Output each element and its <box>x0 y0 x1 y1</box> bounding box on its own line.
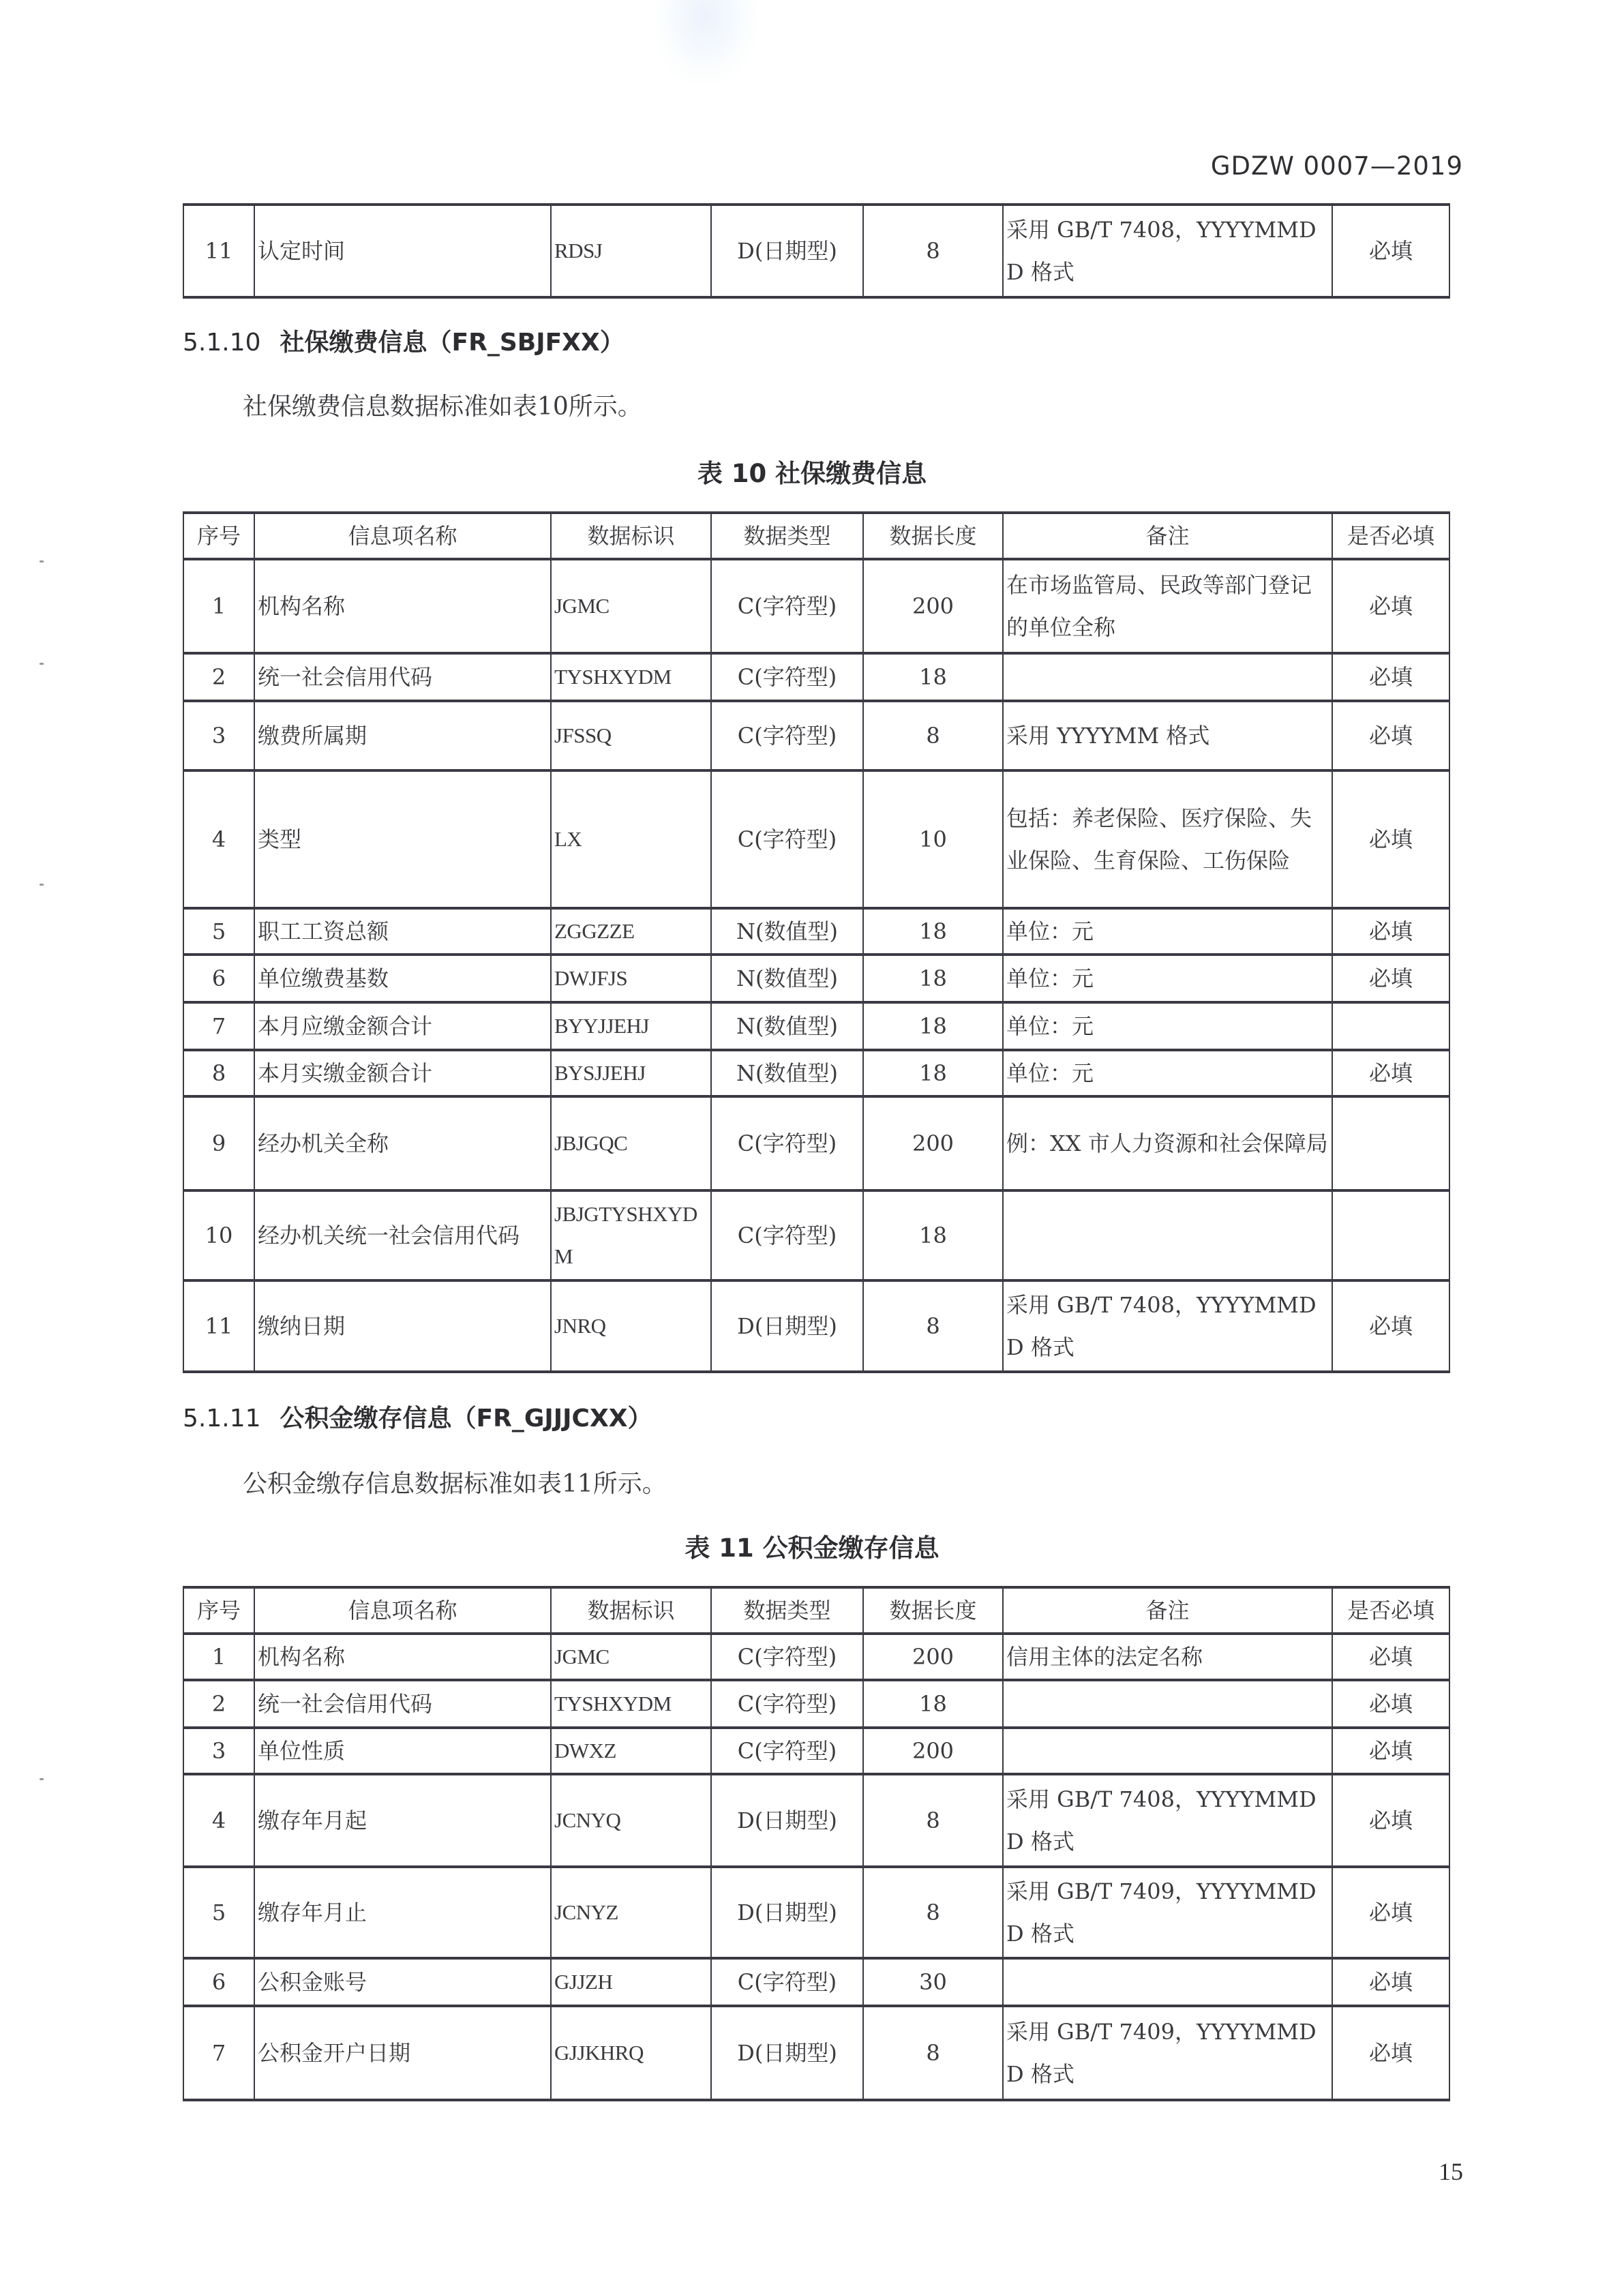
cell-no: 2 <box>183 653 254 701</box>
cell-name: 单位性质 <box>254 1728 551 1774</box>
column-header: 是否必填 <box>1332 1587 1449 1634</box>
cell-type: N(数值型) <box>711 1002 863 1050</box>
cell-type: D(日期型) <box>711 2006 863 2100</box>
cell-required: 必填 <box>1332 1867 1449 1958</box>
cell-no: 11 <box>183 1280 254 1372</box>
margin-mark <box>40 663 44 665</box>
cell-name: 单位缴费基数 <box>254 955 551 1002</box>
document-code: GDZW 0007—2019 <box>1211 151 1463 181</box>
cell-required: 必填 <box>1332 1958 1449 2006</box>
cell-type: C(字符型) <box>711 1728 863 1774</box>
section-title: 社保缴费信息（FR_SBJFXX） <box>280 329 625 357</box>
cell-id: GJJKHRQ <box>551 2006 711 2100</box>
column-header: 数据类型 <box>711 1587 863 1634</box>
table-row: 3 缴费所属期 JFSSQ C(字符型) 8 采用 YYYYMM 格式 必填 <box>183 701 1449 770</box>
cell-note: 采用 GB/T 7409，YYYYMMDD 格式 <box>1003 1867 1332 1958</box>
cell-no: 1 <box>183 1634 254 1680</box>
cell-length: 10 <box>863 770 1003 908</box>
table-caption: 表 10 社保缴费信息 <box>0 453 1624 490</box>
cell-id: TYSHXYDM <box>551 1680 711 1728</box>
cell-note: 单位：元 <box>1003 1050 1332 1096</box>
cell-type: C(字符型) <box>711 1634 863 1680</box>
cell-required: 必填 <box>1332 1634 1449 1680</box>
cell-id: BYYJJEHJ <box>551 1002 711 1050</box>
cell-required: 必填 <box>1332 1280 1449 1372</box>
table-row: 7 本月应缴金额合计 BYYJJEHJ N(数值型) 18 单位：元 <box>183 1002 1449 1050</box>
cell-length: 200 <box>863 559 1003 653</box>
cell-note: 采用 YYYYMM 格式 <box>1003 701 1332 770</box>
cell-type: D(日期型) <box>711 1774 863 1867</box>
cell-name: 本月实缴金额合计 <box>254 1050 551 1096</box>
section-number: 5.1.10 <box>183 329 261 357</box>
cell-type: C(字符型) <box>711 1680 863 1728</box>
cell-length: 200 <box>863 1096 1003 1190</box>
cell-note: 在市场监管局、民政等部门登记的单位全称 <box>1003 559 1332 653</box>
cell-id: TYSHXYDM <box>551 653 711 701</box>
cell-type: N(数值型) <box>711 1050 863 1096</box>
cell-name: 缴费所属期 <box>254 701 551 770</box>
column-header: 数据长度 <box>863 1587 1003 1634</box>
cell-id: DWXZ <box>551 1728 711 1774</box>
cell-id: JCNYQ <box>551 1774 711 1867</box>
cell-note: 单位：元 <box>1003 908 1332 955</box>
table-row: 11 缴纳日期 JNRQ D(日期型) 8 采用 GB/T 7408，YYYYM… <box>183 1280 1449 1372</box>
cell-note: 例：XX 市人力资源和社会保障局 <box>1003 1096 1332 1190</box>
cell-name: 机构名称 <box>254 559 551 653</box>
cell-id: RDSJ <box>551 205 711 297</box>
table-row: 2 统一社会信用代码 TYSHXYDM C(字符型) 18 必填 <box>183 653 1449 701</box>
cell-name: 类型 <box>254 770 551 908</box>
cell-length: 8 <box>863 1867 1003 1958</box>
cell-length: 8 <box>863 1280 1003 1372</box>
column-header: 信息项名称 <box>254 513 551 559</box>
cell-required: 必填 <box>1332 205 1449 297</box>
page-number: 15 <box>1439 2157 1463 2186</box>
cell-note <box>1003 1728 1332 1774</box>
cell-length: 18 <box>863 955 1003 1002</box>
cell-name: 缴存年月止 <box>254 1867 551 1958</box>
table-row: 1 机构名称 JGMC C(字符型) 200 信用主体的法定名称 必填 <box>183 1634 1449 1680</box>
table-row: 5 缴存年月止 JCNYZ D(日期型) 8 采用 GB/T 7409，YYYY… <box>183 1867 1449 1958</box>
table-row: 11 认定时间 RDSJ D(日期型) 8 采用 GB/T 7408，YYYYM… <box>183 205 1449 297</box>
cell-no: 6 <box>183 1958 254 2006</box>
cell-length: 8 <box>863 2006 1003 2100</box>
cell-length: 30 <box>863 1958 1003 2006</box>
cell-no: 11 <box>183 205 254 297</box>
cell-type: C(字符型) <box>711 1096 863 1190</box>
column-header: 备注 <box>1003 513 1332 559</box>
column-header: 序号 <box>183 513 254 559</box>
cell-no: 2 <box>183 1680 254 1728</box>
cell-length: 200 <box>863 1634 1003 1680</box>
table-header-row: 序号 信息项名称 数据标识 数据类型 数据长度 备注 是否必填 <box>183 513 1449 559</box>
cell-required: 必填 <box>1332 908 1449 955</box>
cell-id: GJJZH <box>551 1958 711 2006</box>
cell-type: C(字符型) <box>711 701 863 770</box>
cell-required: 必填 <box>1332 1050 1449 1096</box>
cell-id: ZGGZZE <box>551 908 711 955</box>
cell-type: D(日期型) <box>711 205 863 297</box>
table-row: 7 公积金开户日期 GJJKHRQ D(日期型) 8 采用 GB/T 7409，… <box>183 2006 1449 2100</box>
cell-name: 本月应缴金额合计 <box>254 1002 551 1050</box>
table-row: 10 经办机关统一社会信用代码 JBJGTYSHXYDM C(字符型) 18 <box>183 1190 1449 1280</box>
cell-note <box>1003 1190 1332 1280</box>
cell-required <box>1332 1002 1449 1050</box>
cell-name: 经办机关统一社会信用代码 <box>254 1190 551 1280</box>
cell-no: 7 <box>183 1002 254 1050</box>
cell-no: 3 <box>183 1728 254 1774</box>
cell-required <box>1332 1190 1449 1280</box>
cell-no: 6 <box>183 955 254 1002</box>
cell-length: 8 <box>863 701 1003 770</box>
cell-no: 4 <box>183 770 254 908</box>
table-row: 2 统一社会信用代码 TYSHXYDM C(字符型) 18 必填 <box>183 1680 1449 1728</box>
cell-required: 必填 <box>1332 653 1449 701</box>
cell-length: 200 <box>863 1728 1003 1774</box>
previous-table-tail: 11 认定时间 RDSJ D(日期型) 8 采用 GB/T 7408，YYYYM… <box>183 203 1450 299</box>
table-row: 3 单位性质 DWXZ C(字符型) 200 必填 <box>183 1728 1449 1774</box>
cell-note: 采用 GB/T 7408，YYYYMMDD 格式 <box>1003 1774 1332 1867</box>
cell-id: JCNYZ <box>551 1867 711 1958</box>
cell-note: 单位：元 <box>1003 955 1332 1002</box>
table-row: 8 本月实缴金额合计 BYSJJEHJ N(数值型) 18 单位：元 必填 <box>183 1050 1449 1096</box>
cell-id: BYSJJEHJ <box>551 1050 711 1096</box>
cell-note: 采用 GB/T 7408，YYYYMMDD 格式 <box>1003 205 1332 297</box>
cell-name: 经办机关全称 <box>254 1096 551 1190</box>
table-11-housing-fund: 序号 信息项名称 数据标识 数据类型 数据长度 备注 是否必填 1 机构名称 J… <box>183 1586 1450 2101</box>
section-heading-5-1-10: 5.1.10社保缴费信息（FR_SBJFXX） <box>183 323 625 358</box>
column-header: 备注 <box>1003 1587 1332 1634</box>
section-number: 5.1.11 <box>183 1405 261 1432</box>
table-row: 5 职工工资总额 ZGGZZE N(数值型) 18 单位：元 必填 <box>183 908 1449 955</box>
cell-required: 必填 <box>1332 1728 1449 1774</box>
cell-no: 7 <box>183 2006 254 2100</box>
cell-length: 18 <box>863 1002 1003 1050</box>
cell-type: C(字符型) <box>711 1190 863 1280</box>
cell-name: 缴存年月起 <box>254 1774 551 1867</box>
cell-name: 机构名称 <box>254 1634 551 1680</box>
cell-id: DWJFJS <box>551 955 711 1002</box>
cell-note <box>1003 1680 1332 1728</box>
column-header: 数据标识 <box>551 513 711 559</box>
cell-length: 18 <box>863 1190 1003 1280</box>
cell-id: JNRQ <box>551 1280 711 1372</box>
cell-note: 采用 GB/T 7409，YYYYMMDD 格式 <box>1003 2006 1332 2100</box>
cell-id: LX <box>551 770 711 908</box>
column-header: 数据长度 <box>863 513 1003 559</box>
table-10-social-insurance: 序号 信息项名称 数据标识 数据类型 数据长度 备注 是否必填 1 机构名称 J… <box>183 511 1450 1373</box>
cell-no: 1 <box>183 559 254 653</box>
cell-type: C(字符型) <box>711 1958 863 2006</box>
table-row: 6 公积金账号 GJJZH C(字符型) 30 必填 <box>183 1958 1449 2006</box>
cell-required: 必填 <box>1332 770 1449 908</box>
cell-type: N(数值型) <box>711 955 863 1002</box>
cell-no: 3 <box>183 701 254 770</box>
cell-id: JGMC <box>551 1634 711 1680</box>
section-intro: 社保缴费信息数据标准如表10所示。 <box>243 387 642 422</box>
cell-name: 公积金账号 <box>254 1958 551 2006</box>
cell-note: 单位：元 <box>1003 1002 1332 1050</box>
cell-required: 必填 <box>1332 559 1449 653</box>
cell-id: JGMC <box>551 559 711 653</box>
cell-id: JBJGQC <box>551 1096 711 1190</box>
cell-length: 18 <box>863 653 1003 701</box>
margin-mark <box>40 1778 44 1780</box>
cell-name: 公积金开户日期 <box>254 2006 551 2100</box>
cell-required: 必填 <box>1332 701 1449 770</box>
table-row: 6 单位缴费基数 DWJFJS N(数值型) 18 单位：元 必填 <box>183 955 1449 1002</box>
cell-type: C(字符型) <box>711 653 863 701</box>
cell-type: D(日期型) <box>711 1867 863 1958</box>
cell-no: 4 <box>183 1774 254 1867</box>
cell-note: 包括：养老保险、医疗保险、失业保险、生育保险、工伤保险 <box>1003 770 1332 908</box>
cell-name: 职工工资总额 <box>254 908 551 955</box>
cell-required: 必填 <box>1332 955 1449 1002</box>
column-header: 数据标识 <box>551 1587 711 1634</box>
table-row: 1 机构名称 JGMC C(字符型) 200 在市场监管局、民政等部门登记的单位… <box>183 559 1449 653</box>
cell-name: 统一社会信用代码 <box>254 1680 551 1728</box>
cell-length: 8 <box>863 205 1003 297</box>
column-header: 数据类型 <box>711 513 863 559</box>
cell-length: 18 <box>863 1680 1003 1728</box>
cell-id: JFSSQ <box>551 701 711 770</box>
cell-no: 9 <box>183 1096 254 1190</box>
section-title: 公积金缴存信息（FR_GJJJCXX） <box>280 1405 652 1432</box>
cell-required: 必填 <box>1332 1680 1449 1728</box>
cell-note <box>1003 653 1332 701</box>
column-header: 是否必填 <box>1332 513 1449 559</box>
cell-type: C(字符型) <box>711 559 863 653</box>
section-heading-5-1-11: 5.1.11公积金缴存信息（FR_GJJJCXX） <box>183 1399 652 1434</box>
cell-length: 18 <box>863 908 1003 955</box>
cell-id: JBJGTYSHXYDM <box>551 1190 711 1280</box>
cell-type: N(数值型) <box>711 908 863 955</box>
cell-name: 统一社会信用代码 <box>254 653 551 701</box>
table-row: 4 类型 LX C(字符型) 10 包括：养老保险、医疗保险、失业保险、生育保险… <box>183 770 1449 908</box>
cell-note: 采用 GB/T 7408，YYYYMMDD 格式 <box>1003 1280 1332 1372</box>
cell-length: 8 <box>863 1774 1003 1867</box>
section-intro: 公积金缴存信息数据标准如表11所示。 <box>243 1465 667 1499</box>
table-row: 9 经办机关全称 JBJGQC C(字符型) 200 例：XX 市人力资源和社会… <box>183 1096 1449 1190</box>
margin-mark <box>40 884 44 886</box>
scan-artifact <box>655 0 757 82</box>
cell-name: 认定时间 <box>254 205 551 297</box>
cell-type: C(字符型) <box>711 770 863 908</box>
cell-note: 信用主体的法定名称 <box>1003 1634 1332 1680</box>
cell-no: 10 <box>183 1190 254 1280</box>
table-caption: 表 11 公积金缴存信息 <box>0 1527 1624 1564</box>
cell-name: 缴纳日期 <box>254 1280 551 1372</box>
cell-no: 5 <box>183 908 254 955</box>
column-header: 信息项名称 <box>254 1587 551 1634</box>
cell-no: 8 <box>183 1050 254 1096</box>
cell-type: D(日期型) <box>711 1280 863 1372</box>
cell-required: 必填 <box>1332 2006 1449 2100</box>
cell-note <box>1003 1958 1332 2006</box>
column-header: 序号 <box>183 1587 254 1634</box>
cell-required: 必填 <box>1332 1774 1449 1867</box>
cell-no: 5 <box>183 1867 254 1958</box>
table-header-row: 序号 信息项名称 数据标识 数据类型 数据长度 备注 是否必填 <box>183 1587 1449 1634</box>
table-row: 4 缴存年月起 JCNYQ D(日期型) 8 采用 GB/T 7408，YYYY… <box>183 1774 1449 1867</box>
cell-length: 18 <box>863 1050 1003 1096</box>
cell-required <box>1332 1096 1449 1190</box>
margin-mark <box>40 560 44 562</box>
